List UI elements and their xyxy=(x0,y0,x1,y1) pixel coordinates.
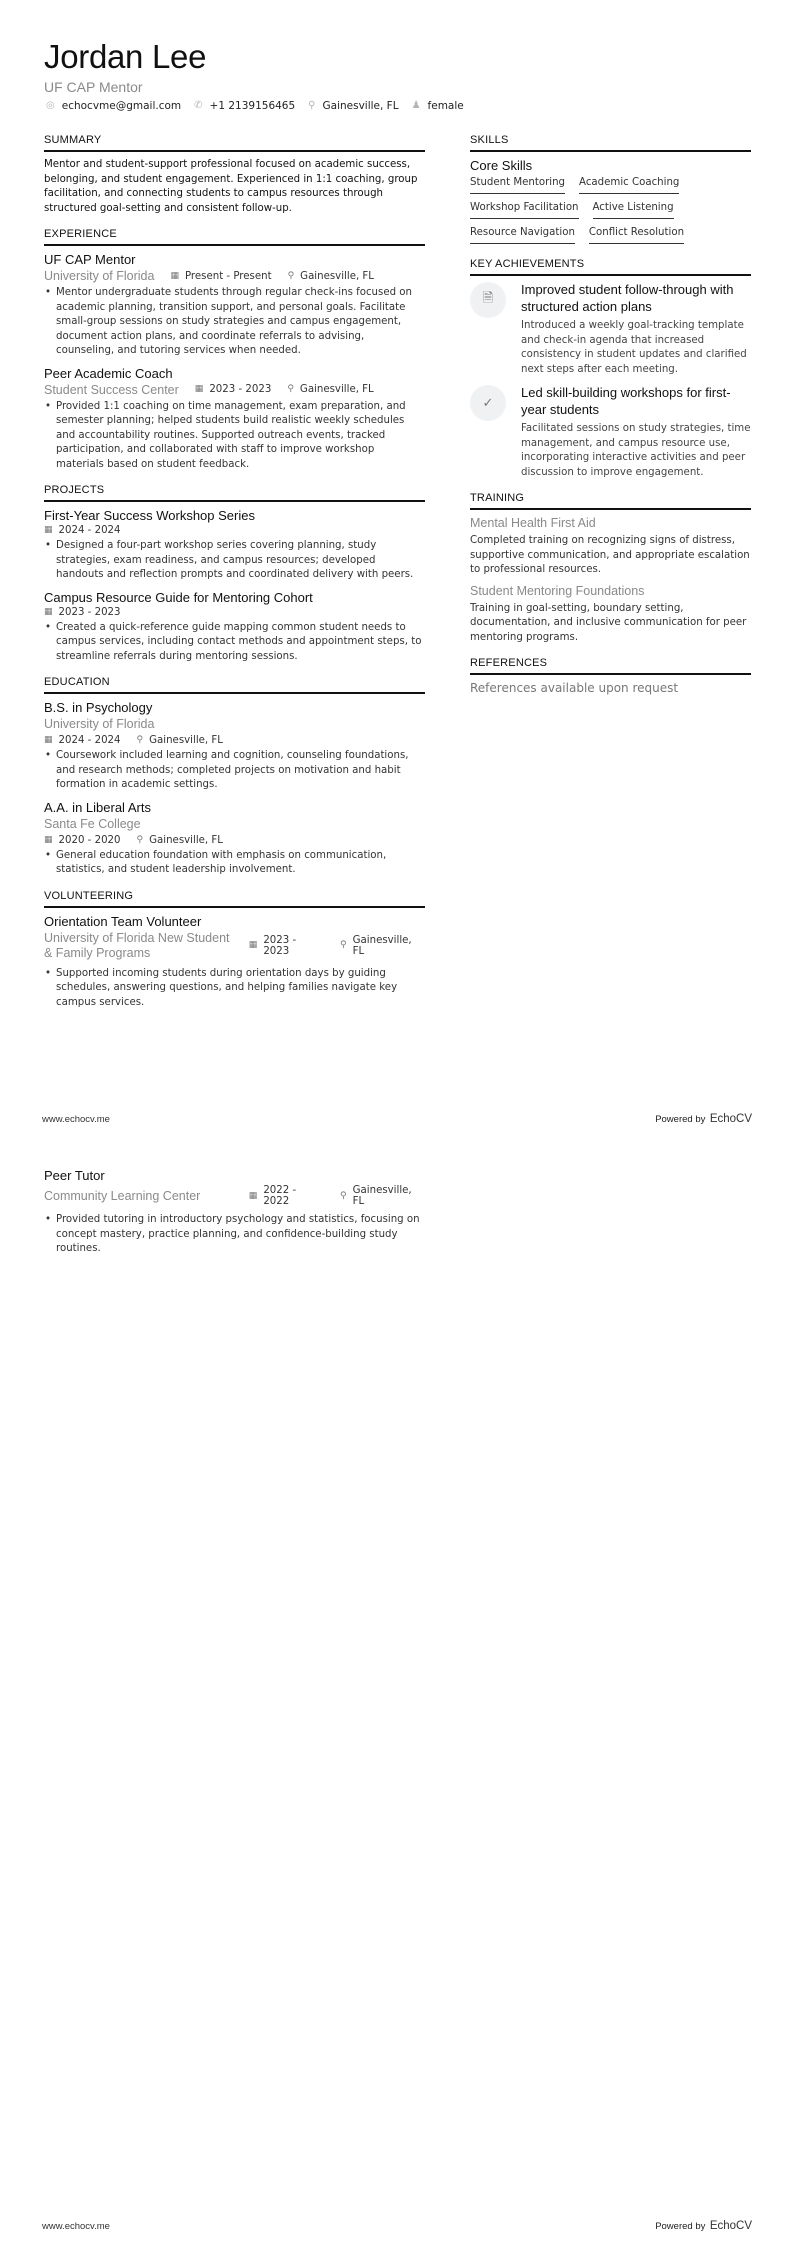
degree-title: B.S. in Psychology xyxy=(44,700,425,715)
training-desc: Completed training on recognizing signs … xyxy=(470,534,751,578)
date-range: ▦2023 - 2023 xyxy=(249,935,324,957)
location-text: Gainesville, FL xyxy=(353,1185,425,1207)
date-text: 2023 - 2023 xyxy=(263,935,324,957)
project-entry: Campus Resource Guide for Mentoring Coho… xyxy=(44,590,425,665)
skill-tag: Active Listening xyxy=(593,202,674,219)
phone-icon: ✆ xyxy=(194,101,202,111)
contact-location: ⚲ Gainesville, FL xyxy=(308,100,398,112)
location: ⚲Gainesville, FL xyxy=(287,384,373,395)
checkmark-icon: ✓ xyxy=(470,385,506,421)
education-entry: A.A. in Liberal Arts Santa Fe College ▦2… xyxy=(44,800,425,878)
bullet-item: Mentor undergraduate students through re… xyxy=(44,286,425,359)
skills-section: SKILLS Core Skills Student Mentoring Aca… xyxy=(470,134,751,244)
person-icon: ♟ xyxy=(412,101,421,111)
contact-gender: ♟ female xyxy=(412,100,464,112)
location-pin-icon: ⚲ xyxy=(308,101,315,111)
bullet-item: Provided 1:1 coaching on time management… xyxy=(44,400,425,473)
achievement-desc: Facilitated sessions on study strategies… xyxy=(521,422,751,480)
document-check-icon: 🗎 xyxy=(470,282,506,318)
bullet-list: Provided 1:1 coaching on time management… xyxy=(44,400,425,473)
projects-section: PROJECTS First-Year Success Workshop Ser… xyxy=(44,484,425,664)
bullet-list: Created a quick-reference guide mapping … xyxy=(44,621,425,665)
training-title: Student Mentoring Foundations xyxy=(470,584,751,598)
location-text: Gainesville, FL xyxy=(300,384,374,395)
experience-heading: EXPERIENCE xyxy=(44,228,425,246)
footer-site-link[interactable]: www.echocv.me xyxy=(42,2221,110,2232)
location: ⚲Gainesville, FL xyxy=(137,735,223,746)
contact-gender-text: female xyxy=(428,100,464,112)
entry-meta: University of Florida New Student & Fami… xyxy=(44,931,425,961)
achievements-heading: KEY ACHIEVEMENTS xyxy=(470,258,751,276)
location-text: Gainesville, FL xyxy=(149,735,223,746)
right-column: SKILLS Core Skills Student Mentoring Aca… xyxy=(470,134,751,707)
volunteer-role: Orientation Team Volunteer xyxy=(44,914,425,929)
calendar-icon: ▦ xyxy=(44,608,53,617)
project-title: First-Year Success Workshop Series xyxy=(44,508,425,523)
location-pin-icon: ⚲ xyxy=(340,941,347,950)
location-pin-icon: ⚲ xyxy=(137,736,144,745)
date-text: 2023 - 2023 xyxy=(59,607,121,618)
calendar-icon: ▦ xyxy=(249,1192,258,1201)
date-text: 2024 - 2024 xyxy=(59,735,121,746)
resume-page-2: Peer Tutor Community Learning Center ▦20… xyxy=(0,1123,794,2246)
entry-meta: ▦2020 - 2020 ⚲Gainesville, FL xyxy=(44,835,425,846)
entry-meta: ▦2024 - 2024 xyxy=(44,525,425,536)
location-text: Gainesville, FL xyxy=(300,271,374,282)
bullet-list: Supported incoming students during orien… xyxy=(44,967,425,1011)
bullet-list: Coursework included learning and cogniti… xyxy=(44,749,425,793)
references-text: References available upon request xyxy=(470,681,751,695)
calendar-icon: ▦ xyxy=(195,385,204,394)
organization: Community Learning Center xyxy=(44,1189,231,1204)
date-range: ▦2024 - 2024 xyxy=(44,525,121,536)
achievement-title: Led skill-building workshops for first-y… xyxy=(521,385,751,418)
projects-heading: PROJECTS xyxy=(44,484,425,502)
at-icon: ◎ xyxy=(46,101,55,111)
education-section: EDUCATION B.S. in Psychology University … xyxy=(44,676,425,878)
training-heading: TRAINING xyxy=(470,492,751,510)
entry-meta: Student Success Center ▦2023 - 2023 ⚲Gai… xyxy=(44,383,425,397)
bullet-item: General education foundation with emphas… xyxy=(44,849,425,878)
brand-name[interactable]: EchoCV xyxy=(710,2220,752,2232)
bullet-item: Supported incoming students during orien… xyxy=(44,967,425,1011)
calendar-icon: ▦ xyxy=(44,836,53,845)
training-title: Mental Health First Aid xyxy=(470,516,751,530)
calendar-icon: ▦ xyxy=(249,941,258,950)
institution: University of Florida xyxy=(44,717,425,732)
skill-tag: Academic Coaching xyxy=(579,177,679,194)
job-title: Peer Academic Coach xyxy=(44,366,425,381)
training-section: TRAINING Mental Health First Aid Complet… xyxy=(470,492,751,645)
bullet-list: Provided tutoring in introductory psycho… xyxy=(44,1213,425,1257)
education-heading: EDUCATION xyxy=(44,676,425,694)
achievement-title: Improved student follow-through with str… xyxy=(521,282,751,315)
bullet-item: Created a quick-reference guide mapping … xyxy=(44,621,425,665)
volunteering-entry: Orientation Team Volunteer University of… xyxy=(44,914,425,1011)
candidate-name: Jordan Lee xyxy=(44,38,206,76)
project-title: Campus Resource Guide for Mentoring Coho… xyxy=(44,590,425,605)
date-text: 2023 - 2023 xyxy=(209,384,271,395)
calendar-icon: ▦ xyxy=(44,736,53,745)
entry-meta: ▦2024 - 2024 ⚲Gainesville, FL xyxy=(44,735,425,746)
education-entry: B.S. in Psychology University of Florida… xyxy=(44,700,425,793)
entry-meta: Community Learning Center ▦2022 - 2022 ⚲… xyxy=(44,1185,425,1207)
contact-phone[interactable]: ✆ +1 2139156465 xyxy=(194,100,295,112)
skill-tags: Student Mentoring Academic Coaching Work… xyxy=(470,177,751,244)
employer: University of Florida xyxy=(44,269,154,283)
page-footer: www.echocv.me Powered by EchoCV xyxy=(42,2216,752,2234)
powered-by-label: Powered by xyxy=(655,2221,705,2232)
date-range: ▦2023 - 2023 xyxy=(44,607,121,618)
date-range: ▦2020 - 2020 xyxy=(44,835,121,846)
job-title: UF CAP Mentor xyxy=(44,252,425,267)
location: ⚲Gainesville, FL xyxy=(340,1185,425,1207)
project-entry: First-Year Success Workshop Series ▦2024… xyxy=(44,508,425,583)
location-text: Gainesville, FL xyxy=(149,835,223,846)
employer: Student Success Center xyxy=(44,383,179,397)
achievement-item: 🗎 Improved student follow-through with s… xyxy=(470,282,751,377)
skill-tag: Resource Navigation xyxy=(470,227,575,244)
contact-email-text: echocvme@gmail.com xyxy=(62,100,181,112)
date-range: ▦2022 - 2022 xyxy=(249,1185,324,1207)
location-pin-icon: ⚲ xyxy=(287,385,294,394)
skill-tag: Conflict Resolution xyxy=(589,227,684,244)
organization: University of Florida New Student & Fami… xyxy=(44,931,231,961)
experience-section: EXPERIENCE UF CAP Mentor University of F… xyxy=(44,228,425,472)
contact-email[interactable]: ◎ echocvme@gmail.com xyxy=(46,100,181,112)
powered-by: Powered by EchoCV xyxy=(655,2216,752,2234)
entry-meta: University of Florida ▦Present - Present… xyxy=(44,269,425,283)
date-range: ▦Present - Present xyxy=(170,271,271,282)
degree-title: A.A. in Liberal Arts xyxy=(44,800,425,815)
experience-entry: UF CAP Mentor University of Florida ▦Pre… xyxy=(44,252,425,359)
contact-location-text: Gainesville, FL xyxy=(323,100,399,112)
date-range: ▦2024 - 2024 xyxy=(44,735,121,746)
skill-tag: Workshop Facilitation xyxy=(470,202,579,219)
volunteer-role: Peer Tutor xyxy=(44,1168,425,1183)
bullet-item: Provided tutoring in introductory psycho… xyxy=(44,1213,425,1257)
volunteering-section: VOLUNTEERING Orientation Team Volunteer … xyxy=(44,890,425,1011)
location-pin-icon: ⚲ xyxy=(288,272,295,281)
calendar-icon: ▦ xyxy=(44,526,53,535)
location-text: Gainesville, FL xyxy=(353,935,425,957)
date-text: 2020 - 2020 xyxy=(59,835,121,846)
location-pin-icon: ⚲ xyxy=(137,836,144,845)
institution: Santa Fe College xyxy=(44,817,425,832)
references-section: REFERENCES References available upon req… xyxy=(470,657,751,695)
experience-entry: Peer Academic Coach Student Success Cent… xyxy=(44,366,425,473)
date-range: ▦2023 - 2023 xyxy=(195,384,272,395)
date-text: 2024 - 2024 xyxy=(59,525,121,536)
bullet-item: Coursework included learning and cogniti… xyxy=(44,749,425,793)
achievement-item: ✓ Led skill-building workshops for first… xyxy=(470,385,751,480)
skills-heading: SKILLS xyxy=(470,134,751,152)
volunteering-heading: VOLUNTEERING xyxy=(44,890,425,908)
volunteering-entry: Peer Tutor Community Learning Center ▦20… xyxy=(44,1168,425,1257)
location: ⚲Gainesville, FL xyxy=(288,271,374,282)
bullet-list: Designed a four-part workshop series cov… xyxy=(44,539,425,583)
skill-tag: Student Mentoring xyxy=(470,177,565,194)
summary-section: SUMMARY Mentor and student-support profe… xyxy=(44,134,425,216)
bullet-item: Designed a four-part workshop series cov… xyxy=(44,539,425,583)
summary-text: Mentor and student-support professional … xyxy=(44,158,425,216)
location: ⚲Gainesville, FL xyxy=(340,935,425,957)
left-column: Peer Tutor Community Learning Center ▦20… xyxy=(44,1168,425,1264)
bullet-list: General education foundation with emphas… xyxy=(44,849,425,878)
training-desc: Training in goal-setting, boundary setti… xyxy=(470,602,751,646)
resume-page-1: Jordan Lee UF CAP Mentor ◎ echocvme@gmai… xyxy=(0,0,794,1123)
date-text: 2022 - 2022 xyxy=(263,1185,324,1207)
contact-bar: ◎ echocvme@gmail.com ✆ +1 2139156465 ⚲ G… xyxy=(46,100,464,112)
left-column: SUMMARY Mentor and student-support profe… xyxy=(44,134,425,1022)
calendar-icon: ▦ xyxy=(170,272,179,281)
location: ⚲Gainesville, FL xyxy=(137,835,223,846)
date-text: Present - Present xyxy=(185,271,272,282)
references-heading: REFERENCES xyxy=(470,657,751,675)
candidate-role: UF CAP Mentor xyxy=(44,79,143,95)
achievement-desc: Introduced a weekly goal-tracking templa… xyxy=(521,319,751,377)
contact-phone-text: +1 2139156465 xyxy=(210,100,296,112)
summary-heading: SUMMARY xyxy=(44,134,425,152)
achievements-section: KEY ACHIEVEMENTS 🗎 Improved student foll… xyxy=(470,258,751,480)
bullet-list: Mentor undergraduate students through re… xyxy=(44,286,425,359)
skill-group-title: Core Skills xyxy=(470,158,751,173)
entry-meta: ▦2023 - 2023 xyxy=(44,607,425,618)
location-pin-icon: ⚲ xyxy=(340,1192,347,1201)
